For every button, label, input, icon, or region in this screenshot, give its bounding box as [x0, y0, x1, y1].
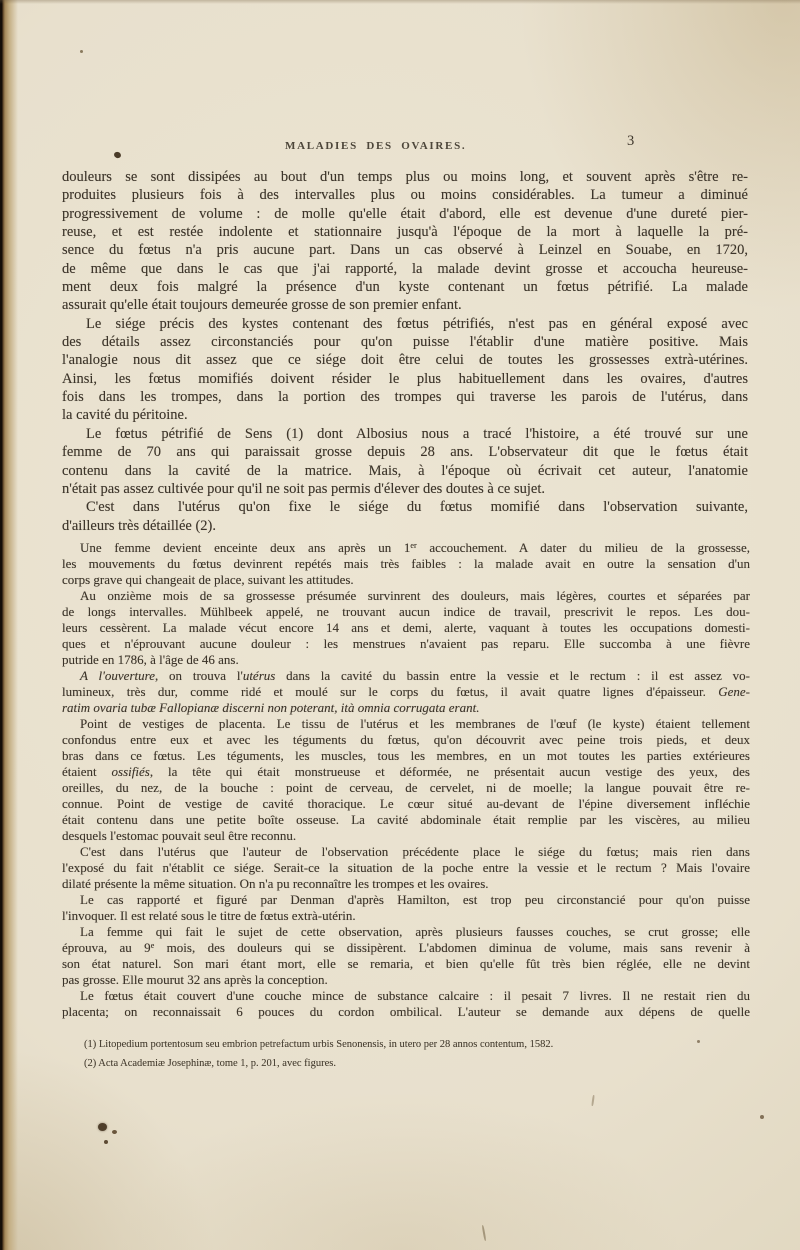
- paragraph: Une femme devient enceinte deux ans aprè…: [62, 540, 750, 588]
- text-line: C'est dans l'utérus que l'auteur de l'ob…: [62, 844, 750, 860]
- text-line: produites plusieurs fois à des intervall…: [62, 186, 748, 204]
- text-line: corps grave qui changeait de place, suiv…: [62, 572, 750, 588]
- ink-spot: [80, 50, 83, 53]
- text-line: La femme qui fait le sujet de cette obse…: [62, 924, 750, 940]
- text-line: éprouva, au 9e mois, des douleurs qui se…: [62, 940, 750, 956]
- text-line: pas grosse. Elle mourut 32 ans après la …: [62, 972, 750, 988]
- observation-text: Une femme devient enceinte deux ans aprè…: [62, 540, 750, 1020]
- text-line: la cavité du péritoine.: [62, 406, 748, 424]
- footnote: (1) Litopedium portentosum seu embrion p…: [84, 1036, 734, 1055]
- text-line: les mouvements du fœtus devinrent repété…: [62, 556, 750, 572]
- hair-mark: [591, 1095, 594, 1106]
- text-line: était contenu dans une petite boîte osse…: [62, 812, 750, 828]
- ink-spot: [760, 1115, 764, 1119]
- text-line: oreilles, du nez, de la bouche : point d…: [62, 780, 750, 796]
- text-line: progressivement de volume : de molle qu'…: [62, 205, 748, 223]
- paragraph: Le fœtus pétrifié de Sens (1) dont Albos…: [62, 425, 748, 498]
- ink-spot: [104, 1140, 108, 1144]
- binding-edge: [0, 0, 18, 1250]
- paragraph: Le fœtus était couvert d'une couche minc…: [62, 988, 750, 1020]
- text-line: Ainsi, les fœtus momifiés doivent réside…: [62, 370, 748, 388]
- text-line: sence du fœtus n'a pris aucune part. Dan…: [62, 241, 748, 259]
- text-line: Au onzième mois de sa grossesse présumée…: [62, 588, 750, 604]
- text-line: des détails assez circonstanciés pour qu…: [62, 333, 748, 351]
- running-header: MALADIES DES OVAIRES.: [285, 140, 466, 152]
- text-line: C'est dans l'utérus qu'on fixe le siége …: [62, 498, 748, 516]
- text-line: l'exposé du fait n'établit ce siége. Ser…: [62, 860, 750, 876]
- text-line: Une femme devient enceinte deux ans aprè…: [62, 540, 750, 556]
- text-line: lumineux, très dur, comme ridé et moulé …: [62, 684, 750, 700]
- text-line: ment deux fois malgré la présence d'un k…: [62, 278, 748, 296]
- paragraph: C'est dans l'utérus que l'auteur de l'ob…: [62, 844, 750, 892]
- text-line: desquels l'estomac pouvait seul être rec…: [62, 828, 750, 844]
- text-line: ratim ovaria tubæ Fallopianæ discerni no…: [62, 700, 750, 716]
- text-line: confondus entre eux et avec les tégument…: [62, 732, 750, 748]
- hair-mark: [482, 1225, 487, 1241]
- text-line: douleurs se sont dissipées au bout d'un …: [62, 168, 748, 186]
- footnote: (2) Acta Academiæ Josephinæ, tome 1, p. …: [84, 1055, 734, 1074]
- text-line: fois dans les trompes, dans la portion d…: [62, 388, 748, 406]
- paragraph: A l'ouverture, on trouva l'utérus dans l…: [62, 668, 750, 716]
- ink-spot: [113, 151, 122, 159]
- text-line: A l'ouverture, on trouva l'utérus dans l…: [62, 668, 750, 684]
- text-line: son état naturel. Son mari étant mort, e…: [62, 956, 750, 972]
- paragraph: Au onzième mois de sa grossesse présumée…: [62, 588, 750, 668]
- paragraph: C'est dans l'utérus qu'on fixe le siége …: [62, 498, 748, 535]
- body-text: douleurs se sont dissipées au bout d'un …: [62, 168, 748, 535]
- text-line: putride en 1786, à l'âge de 46 ans.: [62, 652, 750, 668]
- text-line: l'analogie nous dit assez que ce siége d…: [62, 351, 748, 369]
- text-line: assurait qu'elle était toujours demeurée…: [62, 296, 748, 314]
- text-line: reuse, et est restée indolente et statio…: [62, 223, 748, 241]
- text-line: placenta; on reconnaissait 6 pouces du c…: [62, 1004, 750, 1020]
- text-line: contenu dans la cavité de la matrice. Ma…: [62, 462, 748, 480]
- text-line: leurs cessèrent. La malade vécut encore …: [62, 620, 750, 636]
- text-line: n'était pas assez cultivée pour qu'il ne…: [62, 480, 748, 498]
- text-line: étaient ossifiés, la tête qui était mons…: [62, 764, 750, 780]
- text-line: connue. Point de vestige de cavité thora…: [62, 796, 750, 812]
- book-page-scan: MALADIES DES OVAIRES. 3 douleurs se sont…: [0, 0, 800, 1250]
- text-line: dilaté présente la même situation. On n'…: [62, 876, 750, 892]
- text-line: Le fœtus pétrifié de Sens (1) dont Albos…: [62, 425, 748, 443]
- text-line: Le fœtus était couvert d'une couche minc…: [62, 988, 750, 1004]
- text-line: Le cas rapporté et figuré par Denman d'a…: [62, 892, 750, 908]
- page-top-edge: [0, 0, 800, 4]
- ink-spot: [98, 1123, 107, 1131]
- text-line: Le siége précis des kystes contenant des…: [62, 315, 748, 333]
- paragraph: Le siége précis des kystes contenant des…: [62, 315, 748, 425]
- ink-spot: [112, 1130, 117, 1134]
- text-line: femme de 70 ans qui paraissait grosse de…: [62, 443, 748, 461]
- paragraph: douleurs se sont dissipées au bout d'un …: [62, 168, 748, 315]
- text-line: d'ailleurs très détaillée (2).: [62, 517, 748, 535]
- footnotes: (1) Litopedium portentosum seu embrion p…: [84, 1036, 734, 1073]
- text-line: de même que dans le cas que j'ai rapport…: [62, 260, 748, 278]
- text-line: Point de vestiges de placenta. Le tissu …: [62, 716, 750, 732]
- text-line: bras dans ce fœtus. Les téguments, les m…: [62, 748, 750, 764]
- text-line: ques et n'éprouvant aucune douleur : les…: [62, 636, 750, 652]
- text-line: l'invoquer. Il est relaté sous le titre …: [62, 908, 750, 924]
- paragraph: La femme qui fait le sujet de cette obse…: [62, 924, 750, 988]
- paragraph: Le cas rapporté et figuré par Denman d'a…: [62, 892, 750, 924]
- text-line: de longs intervalles. Mühlbeek appelé, n…: [62, 604, 750, 620]
- page-number: 3: [627, 133, 634, 150]
- paragraph: Point de vestiges de placenta. Le tissu …: [62, 716, 750, 844]
